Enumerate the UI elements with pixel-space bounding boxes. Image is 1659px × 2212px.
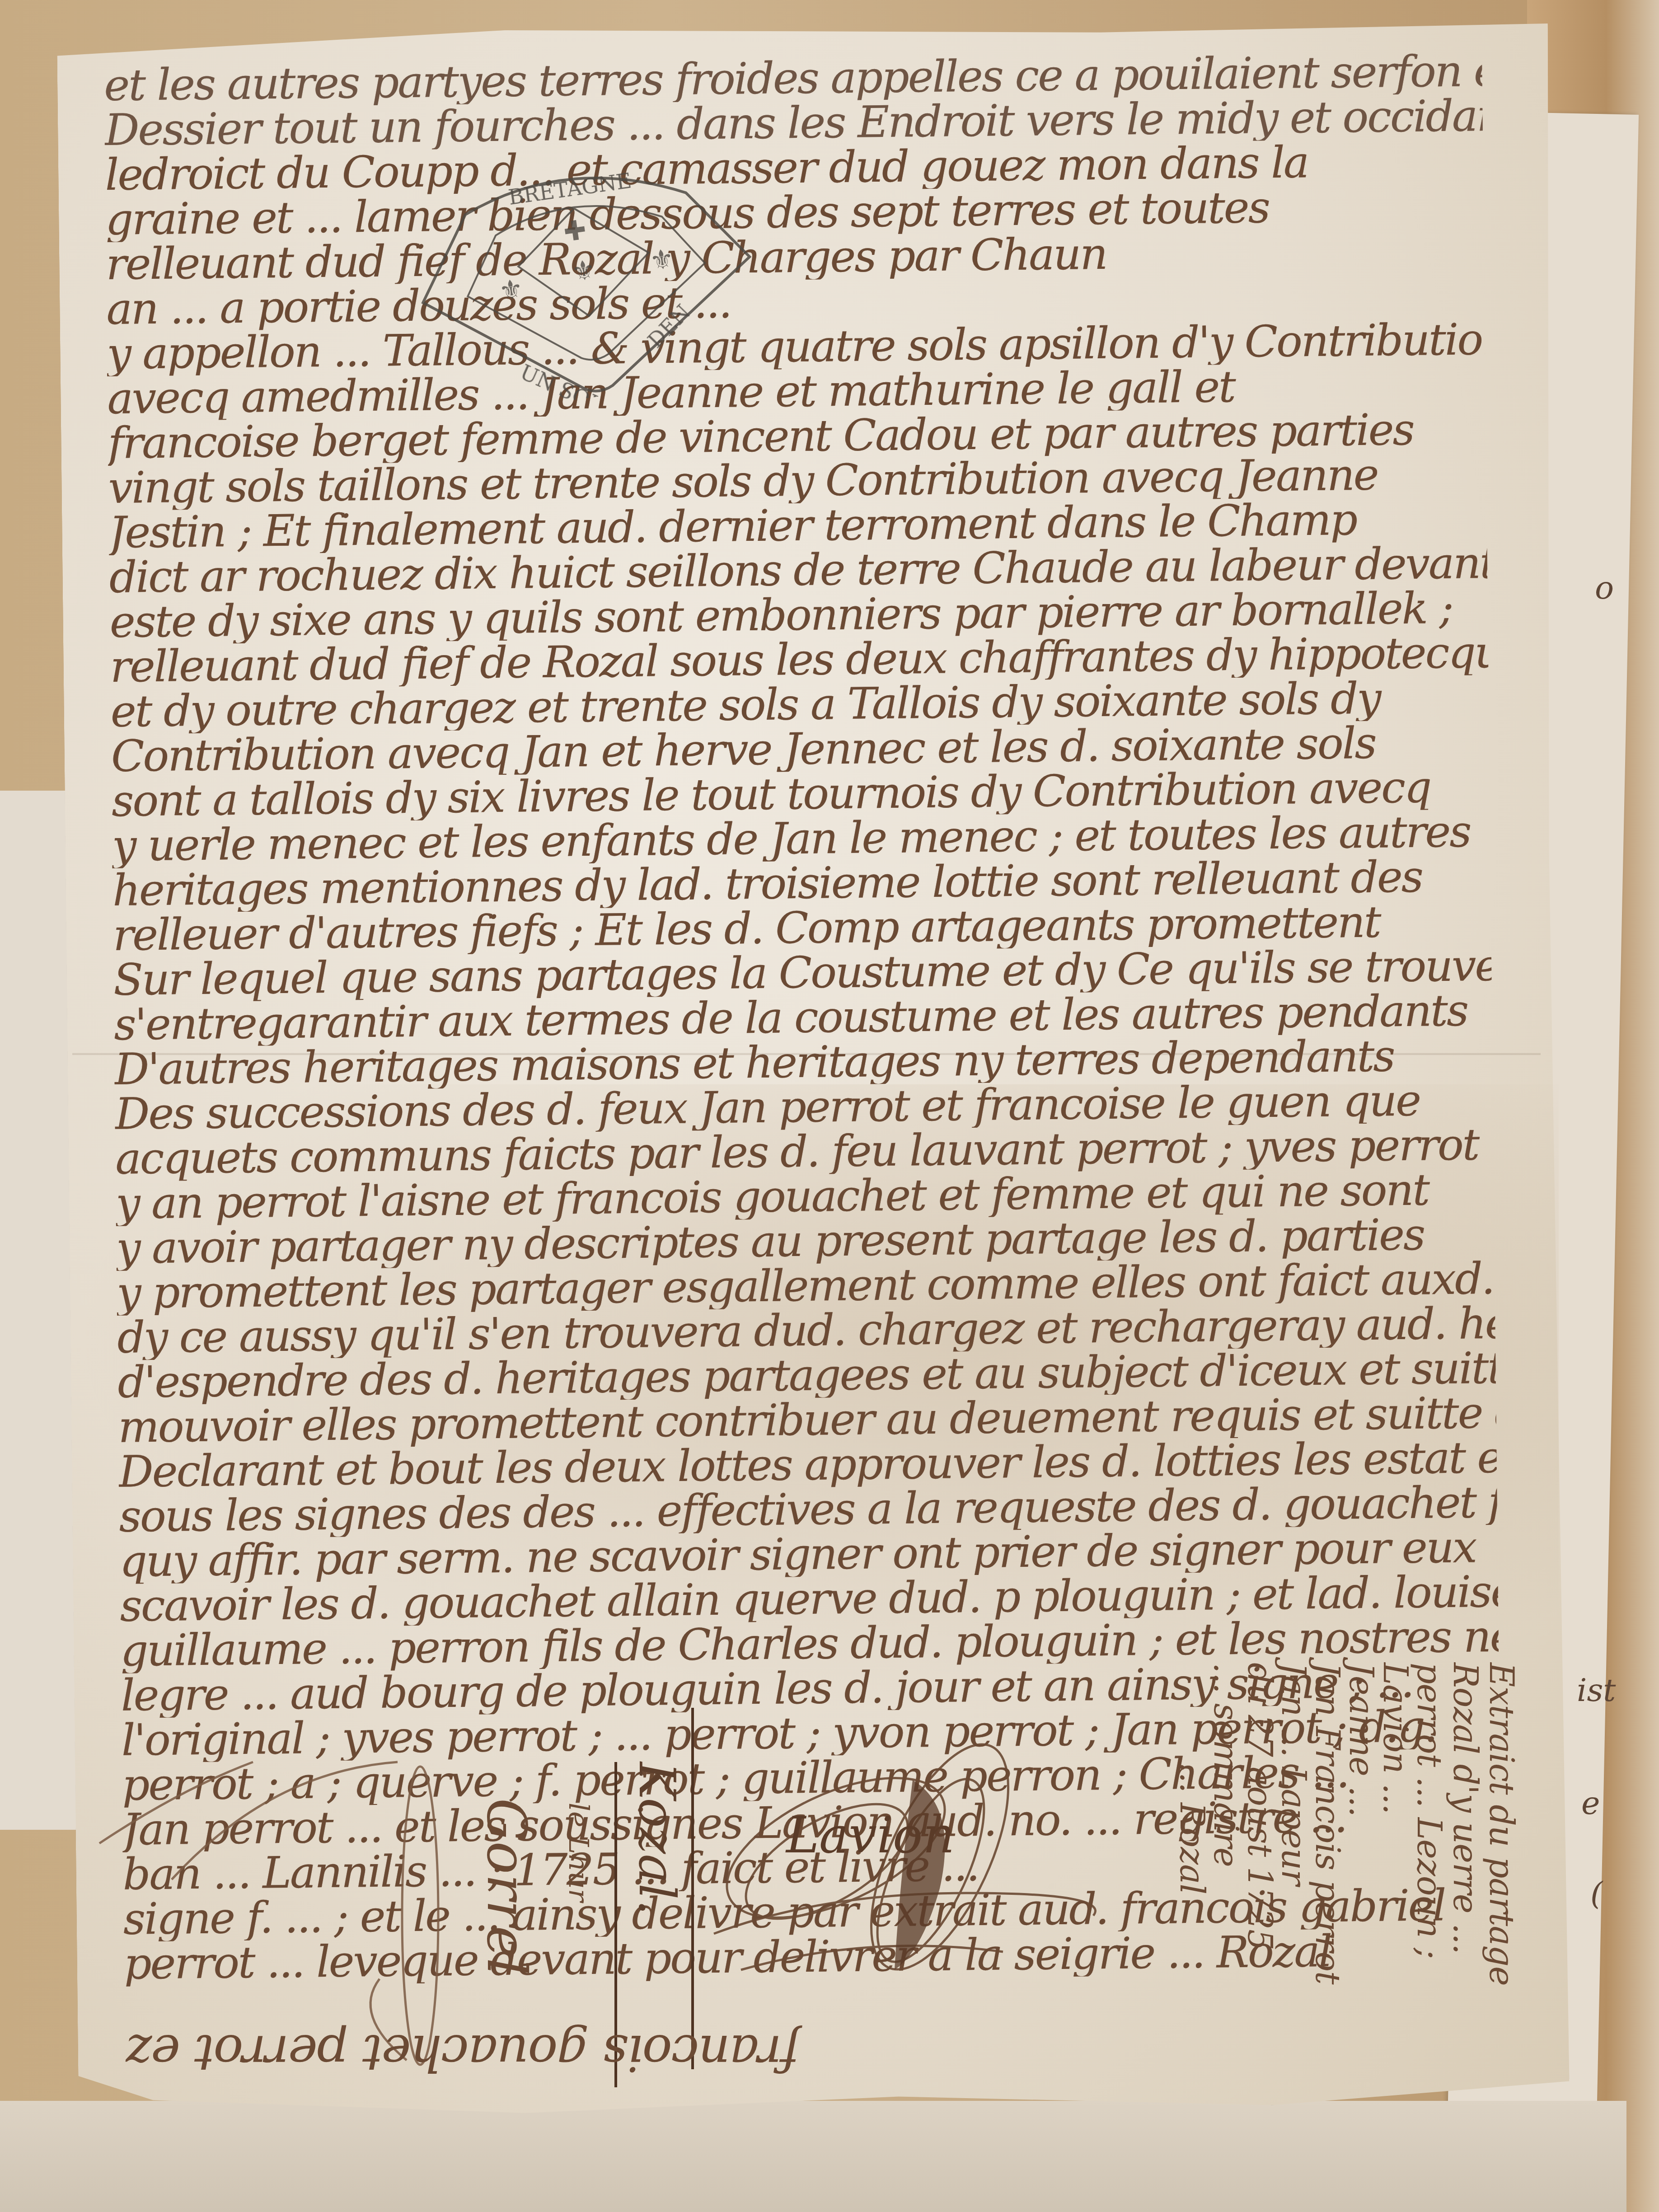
signature-flourish-icon: Lavion — [687, 1699, 1129, 2024]
annotation-line: Extraict du partage — [1482, 1663, 1521, 1986]
annotation-line: Rozal d'y uerre ... — [1446, 1663, 1485, 1954]
notary-signature: Lavion — [687, 1699, 1129, 2024]
witness-signatures: Gorrel le Lhur — [90, 1744, 723, 2151]
svg-text:BRETAGNE: BRETAGNE — [507, 168, 633, 210]
svg-text:⚜: ⚜ — [497, 273, 525, 308]
stamp-seal-icon: BRETAGNE UN SOL DEN ⚜ ⚜ ⚜ ✚ — [391, 121, 775, 421]
margin-fragment: e — [1581, 1785, 1600, 1822]
annotation-line: Jan Francois perrot — [1308, 1663, 1347, 1984]
annotation-line: Jeanne ... — [1342, 1663, 1381, 1817]
margin-fragment: o — [1595, 569, 1614, 606]
vertical-annotation: Extraict du partage Rozal d'y uerre ... … — [1129, 1663, 1518, 2114]
signature-flourish-icon: Gorrel le Lhur — [90, 1744, 723, 2151]
annotation-line: Jan ... Lapeur — [1274, 1663, 1313, 1885]
svg-text:le Lhur: le Lhur — [562, 1803, 594, 1903]
bretagne-tax-stamp: BRETAGNE UN SOL DEN ⚜ ⚜ ⚜ ✚ — [391, 121, 775, 421]
svg-text:⚜: ⚜ — [648, 243, 676, 277]
annotation-line: ... Rozal — [1172, 1762, 1211, 1894]
svg-text:DEN: DEN — [643, 300, 695, 352]
upside-down-signature: francois gouachet perrot ez — [127, 2024, 799, 2082]
svg-text:Gorrel: Gorrel — [475, 1798, 538, 1975]
annotation-line: perrot ... Lezoun ; — [1410, 1663, 1448, 1959]
margin-fragment: ( — [1590, 1875, 1603, 1912]
svg-text:⚜: ⚜ — [569, 253, 598, 288]
annotation-line: ... sommaire — [1206, 1663, 1245, 1867]
margin-fragment: ist — [1577, 1672, 1616, 1709]
svg-text:✚: ✚ — [562, 214, 589, 248]
svg-text:Lavion: Lavion — [785, 1806, 955, 1864]
annotation-line: du 27 aoust 1725 — [1240, 1663, 1279, 1950]
annotation-line: Lavion ... — [1376, 1663, 1415, 1814]
